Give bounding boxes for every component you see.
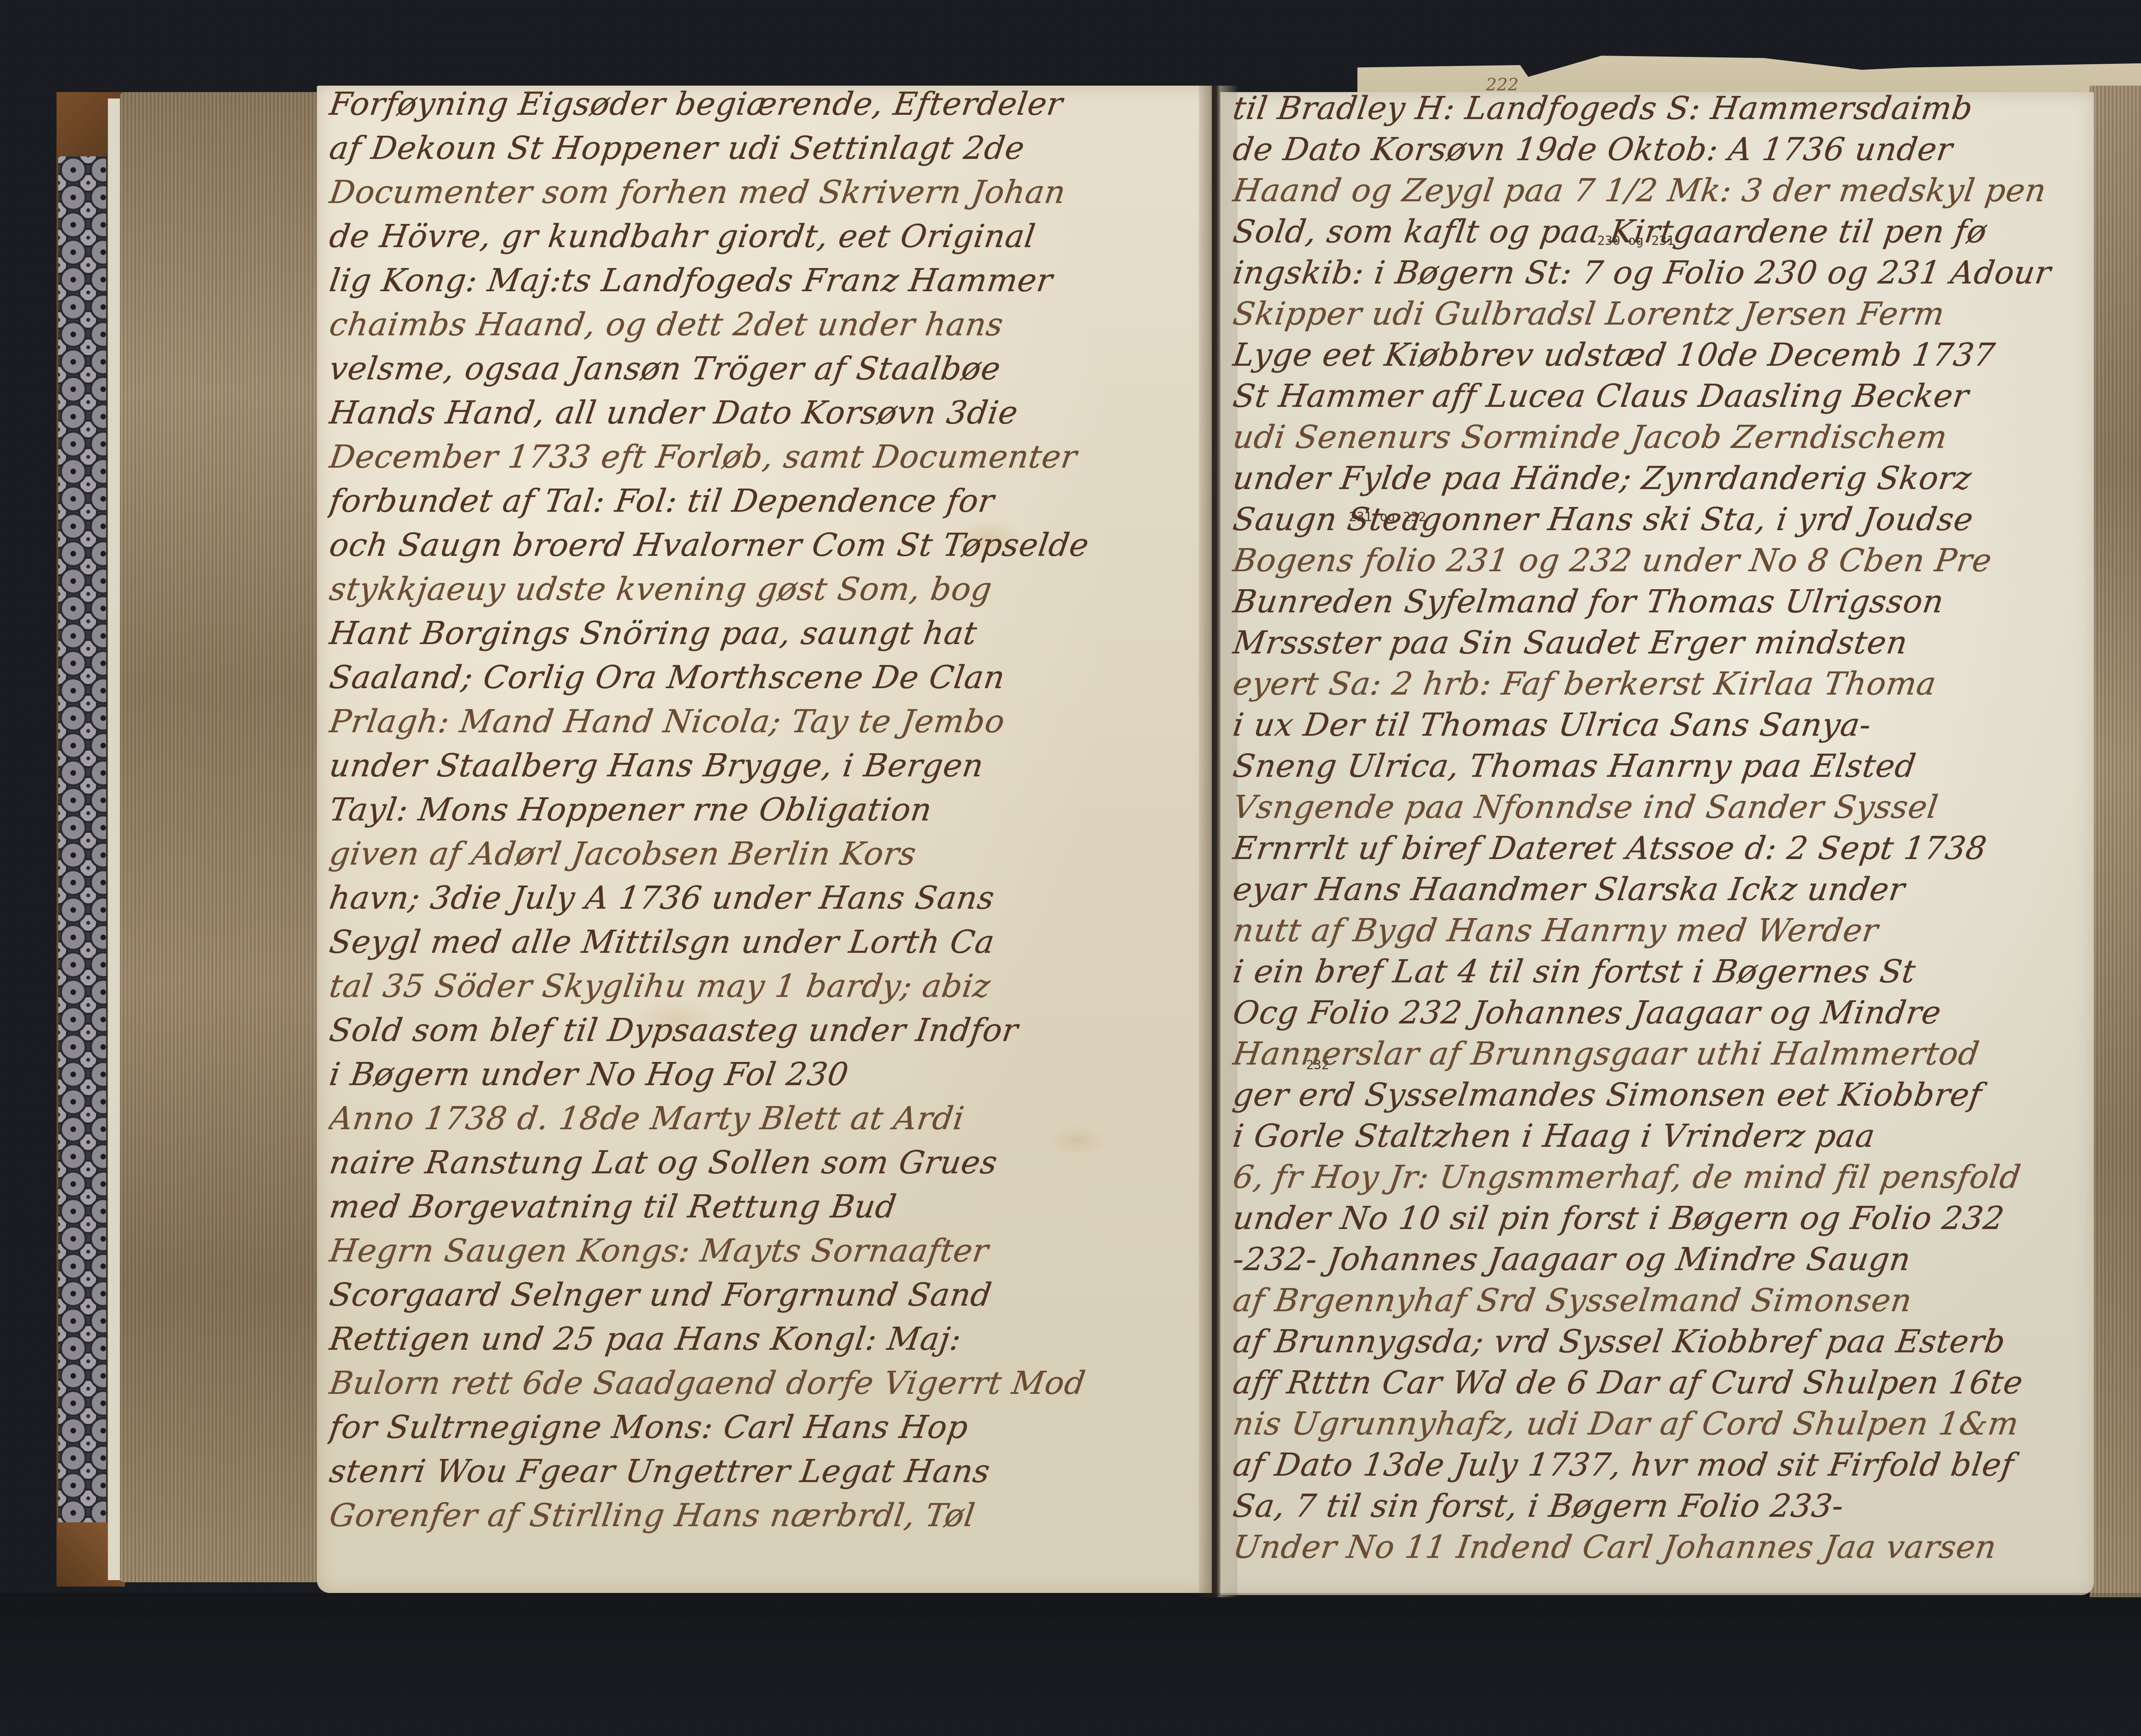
handwritten-line: under Staalberg Hans Brygge, i Bergen [327, 747, 1197, 784]
handwritten-line: Sa, 7 til sin forst, i Bøgern Folio 233- [1231, 1488, 2084, 1524]
handwritten-line: Saugn Steagonner Hans ski Sta, i yrd Jou… [1231, 501, 2084, 538]
handwritten-line: Haand og Zeygl paa 7 1/2 Mk: 3 der medsk… [1231, 172, 2084, 209]
handwritten-line: Rettigen und 25 paa Hans Kongl: Maj: [327, 1321, 1197, 1357]
handwritten-line: i ein bref Lat 4 til sin fortst i Bøgern… [1231, 953, 2084, 990]
handwritten-line: Sneng Ulrica, Thomas Hanrny paa Elsted [1231, 748, 2084, 784]
handwritten-line: af Dekoun St Hoppener udi Settinlagt 2de [327, 130, 1197, 167]
handwritten-line: udi Senenurs Sorminde Jacob Zerndischem [1231, 419, 2084, 456]
handwritten-line: lig Kong: Maj:ts Landfogeds Franz Hammer [327, 262, 1197, 299]
handwritten-line: och Saugn broerd Hvalorner Com St Tøpsel… [327, 527, 1197, 564]
handwritten-line: Skipper udi Gulbradsl Lorentz Jersen Fer… [1231, 295, 2084, 332]
handwritten-line: Prlagh: Mand Hand Nicola; Tay te Jembo [327, 703, 1197, 740]
handwritten-line: Documenter som forhen med Skrivern Johan [327, 174, 1197, 211]
handwritten-line: Bogens folio 231 og 232 under No 8 Cben … [1231, 542, 2084, 579]
handwritten-line: de Hövre, gr kundbahr giordt, eet Origin… [327, 218, 1197, 255]
handwritten-line: Ocg Folio 232 Johannes Jaagaar og Mindre [1231, 994, 2084, 1031]
handwritten-line: i ux Der til Thomas Ulrica Sans Sanya- [1231, 707, 2084, 743]
handwritten-line: Tayl: Mons Hoppener rne Obligation [327, 791, 1197, 828]
handwritten-line: Hegrn Saugen Kongs: Mayts Sornaafter [327, 1232, 1197, 1269]
handwritten-line: aff Rtttn Car Wd de 6 Dar af Curd Shulpe… [1231, 1364, 2084, 1401]
handwritten-line: Ernrrlt uf biref Dateret Atssoe d: 2 Sep… [1231, 830, 2084, 867]
handwritten-line: af Brunnygsda; vrd Syssel Kiobbref paa E… [1231, 1323, 2084, 1360]
handwritten-line: Forføyning Eigsøder begiærende, Efterdel… [327, 86, 1197, 122]
handwritten-line: under No 10 sil pin forst i Bøgern og Fo… [1231, 1200, 2084, 1237]
page-block-edge-left [120, 92, 325, 1582]
handwritten-line: naire Ranstung Lat og Sollen som Grues [327, 1144, 1197, 1181]
handwritten-line: velsme, ogsaa Jansøn Tröger af Staalbøe [327, 350, 1197, 387]
handwritten-line: Lyge eet Kiøbbrev udstæd 10de Decemb 173… [1231, 337, 2084, 373]
handwritten-line: stenri Wou Fgear Ungettrer Legat Hans [327, 1453, 1197, 1490]
handwritten-line: i Gorle Staltzhen i Haag i Vrinderz paa [1231, 1118, 2084, 1154]
handwritten-line: Bulorn rett 6de Saadgaend dorfe Vigerrt … [327, 1365, 1197, 1402]
handwritten-line: havn; 3die July A 1736 under Hans Sans [327, 880, 1197, 916]
handwritten-line: tal 35 Söder Skyglihu may 1 bardy; abiz [327, 968, 1197, 1005]
handwritten-line: Mrssster paa Sin Saudet Erger mindsten [1231, 624, 2084, 661]
handwritten-line: til Bradley H: Landfogeds S: Hammersdaim… [1231, 90, 2084, 127]
bottom-shadow [0, 1593, 2141, 1736]
handwritten-line: St Hammer aff Lucea Claus Daasling Becke… [1231, 378, 2084, 415]
handwritten-line: de Dato Korsøvn 19de Oktob: A 1736 under [1231, 131, 2084, 168]
handwritten-line: nutt af Bygd Hans Hanrny med Werder [1231, 912, 2084, 949]
handwritten-line: 6, fr Hoy Jr: Ungsmmerhaf, de mind fil p… [1231, 1159, 2084, 1196]
book-gutter [1199, 86, 1237, 1597]
handwritten-line: Vsngende paa Nfonndse ind Sander Syssel [1231, 789, 2084, 826]
handwritten-line: December 1733 eft Forløb, samt Documente… [327, 438, 1197, 475]
handwritten-line: af Brgennyhaf Srd Sysselmand Simonsen [1231, 1282, 2084, 1319]
handwritten-line: eyert Sa: 2 hrb: Faf berkerst Kirlaa Tho… [1231, 665, 2084, 702]
handwritten-line: i Bøgern under No Hog Fol 230 [327, 1056, 1197, 1093]
handwritten-line: ingskib: i Bøgern St: 7 og Folio 230 og … [1231, 254, 2084, 291]
marbled-paper [58, 156, 107, 1522]
handwritten-line: stykkjaeuy udste kvening gøst Som, bog [327, 571, 1197, 608]
handwritten-line: Gorenfer af Stirlling Hans nærbrdl, Tøl [327, 1497, 1197, 1534]
handwritten-line: Bunreden Syfelmand for Thomas Ulrigsson [1231, 583, 2084, 620]
handwritten-line: af Dato 13de July 1737, hvr mod sit Firf… [1231, 1447, 2084, 1483]
handwritten-line: Hands Hand, all under Dato Korsøvn 3die [327, 394, 1197, 431]
handwritten-line: Under No 11 Indend Carl Johannes Jaa var… [1231, 1529, 2084, 1566]
handwritten-line: chaimbs Haand, og dett 2det under hans [327, 306, 1197, 343]
handwritten-line: Sold som blef til Dypsaasteg under Indfo… [327, 1012, 1197, 1049]
handwritten-line: med Borgevatning til Rettung Bud [327, 1188, 1197, 1225]
handwritten-line: for Sultrnegigne Mons: Carl Hans Hop [327, 1409, 1197, 1446]
handwritten-line: -232- Johannes Jaagaar og Mindre Saugn [1231, 1241, 2084, 1278]
handwritten-line: Hannerslar af Brunngsgaar uthi Halmmerto… [1231, 1035, 2084, 1072]
handwritten-line: given af Adørl Jacobsen Berlin Kors [327, 835, 1197, 872]
page-block-edge-right [2090, 86, 2141, 1597]
handwritten-line: forbundet af Tal: Fol: til Dependence fo… [327, 483, 1197, 519]
handwritten-line: Saaland; Corlig Ora Morthscene De Clan [327, 659, 1197, 696]
handwritten-line: under Fylde paa Hände; Zynrdanderig Skor… [1231, 460, 2084, 497]
handwritten-line: eyar Hans Haandmer Slarska Ickz under [1231, 871, 2084, 908]
handwritten-line: Hant Borgings Snöring paa, saungt hat [327, 615, 1197, 652]
handwritten-line: Anno 1738 d. 18de Marty Blett at Ardi [327, 1100, 1197, 1137]
handwritten-line: Sold, som kaflt og paa Kirtgaardene til … [1231, 213, 2084, 250]
handwritten-line: nis Ugrunnyhafz, udi Dar af Cord Shulpen… [1231, 1405, 2084, 1442]
handwritten-line: Seygl med alle Mittilsgn under Lorth Ca [327, 924, 1197, 960]
handwritten-line: ger erd Sysselmandes Simonsen eet Kiobbr… [1231, 1077, 2084, 1113]
handwritten-line: Scorgaard Selnger und Forgrnund Sand [327, 1277, 1197, 1313]
